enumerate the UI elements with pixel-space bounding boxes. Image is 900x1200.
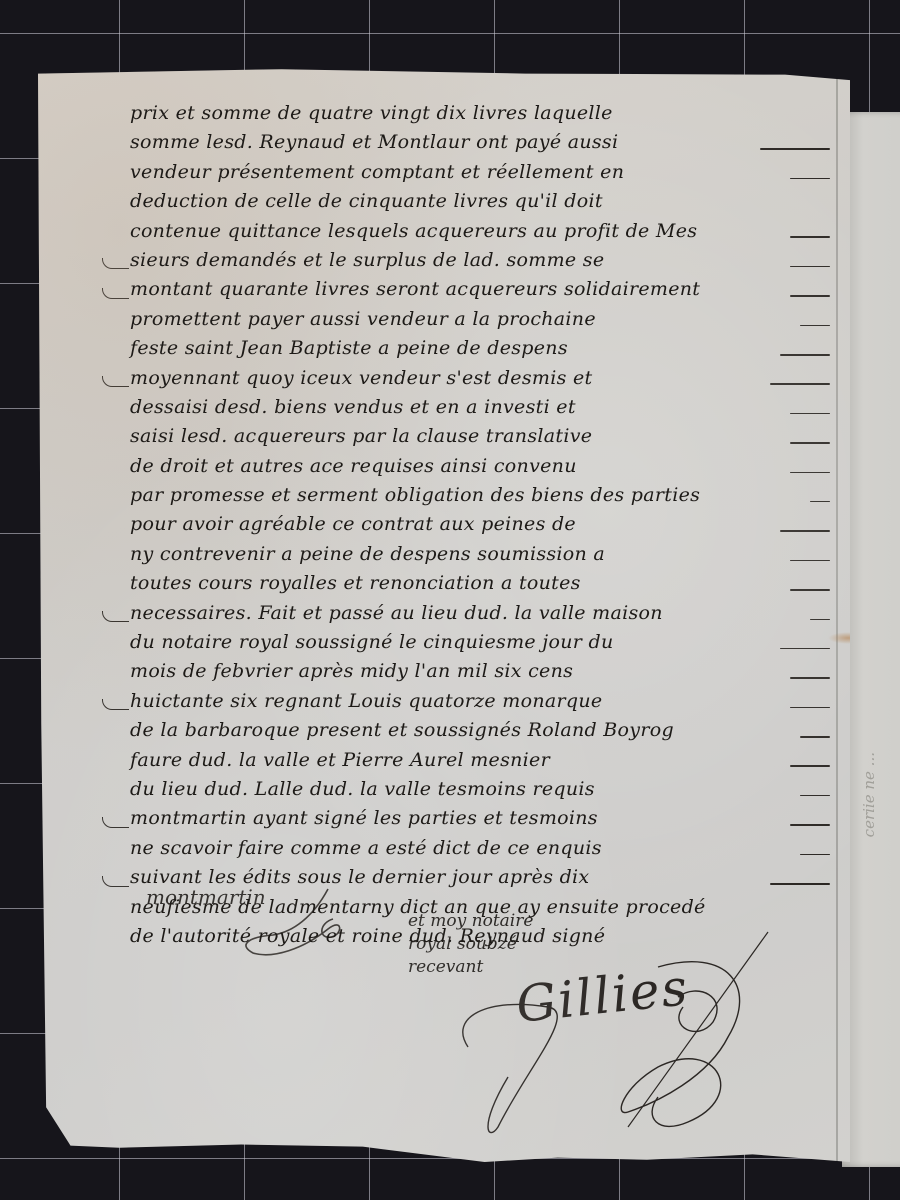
line-filler-stroke — [780, 648, 830, 650]
line-filler-stroke — [800, 736, 830, 738]
line-lead-stroke — [102, 817, 129, 828]
manuscript-line-text: de l'autorité royale et roine dud. Reyna… — [130, 925, 605, 947]
manuscript-line-text: moyennant quoy iceux vendeur s'est desmi… — [130, 367, 592, 389]
manuscript-line: deduction de celle de cinquante livres q… — [130, 187, 830, 216]
line-filler-stroke — [800, 854, 830, 856]
manuscript-line-text: deduction de celle de cinquante livres q… — [130, 190, 603, 212]
line-lead-stroke — [102, 376, 129, 387]
manuscript-line-text: faure dud. la valle et Pierre Aurel mesn… — [130, 749, 550, 771]
manuscript-line: mois de febvrier après midy l'an mil six… — [130, 657, 830, 686]
line-filler-stroke — [790, 236, 830, 238]
manuscript-line: huictante six regnant Louis quatorze mon… — [130, 687, 830, 716]
manuscript-line-text: saisi lesd. acquereurs par la clause tra… — [130, 425, 592, 447]
manuscript-line: par promesse et serment obligation des b… — [130, 481, 830, 510]
line-filler-stroke — [810, 501, 830, 503]
line-filler-stroke — [790, 178, 830, 180]
manuscript-line-text: sieurs demandés et le surplus de lad. so… — [130, 249, 604, 271]
manuscript-line-text: montmartin ayant signé les parties et te… — [130, 807, 598, 829]
manuscript-line-text: ny contrevenir a peine de despens soumis… — [130, 543, 605, 565]
manuscript-line: toutes cours royalles et renonciation a … — [130, 569, 830, 598]
manuscript-line: necessaires. Fait et passé au lieu dud. … — [130, 599, 830, 628]
line-filler-stroke — [800, 795, 830, 797]
line-lead-stroke — [102, 288, 129, 299]
manuscript-line-text: par promesse et serment obligation des b… — [130, 484, 700, 506]
manuscript-line: pour avoir agréable ce contrat aux peine… — [130, 510, 830, 539]
manuscript-line: somme lesd. Reynaud et Montlaur ont payé… — [130, 128, 830, 157]
manuscript-line-text: promettent payer aussi vendeur a la proc… — [130, 308, 596, 330]
line-filler-stroke — [780, 530, 830, 532]
line-filler-stroke — [790, 295, 830, 297]
line-lead-stroke — [102, 258, 129, 269]
manuscript-line-text: montant quarante livres seront acquereur… — [130, 278, 700, 300]
manuscript-line-text: somme lesd. Reynaud et Montlaur ont payé… — [130, 131, 618, 153]
line-filler-stroke — [790, 589, 830, 591]
manuscript-line: ny contrevenir a peine de despens soumis… — [130, 540, 830, 569]
adjacent-page-sheet: ceriie ne ... — [842, 112, 900, 1167]
manuscript-line-text: feste saint Jean Baptiste a peine de des… — [130, 337, 568, 359]
manuscript-line-text: de la barbaroque present et soussignés R… — [130, 719, 674, 741]
manuscript-line-text: du notaire royal soussigné le cinquiesme… — [130, 631, 613, 653]
line-filler-stroke — [780, 354, 830, 356]
line-lead-stroke — [102, 876, 129, 887]
line-filler-stroke — [790, 677, 830, 679]
page-fold-crease — [836, 67, 838, 1162]
line-filler-stroke — [770, 383, 830, 385]
manuscript-line-text: huictante six regnant Louis quatorze mon… — [130, 690, 602, 712]
manuscript-line: saisi lesd. acquereurs par la clause tra… — [130, 422, 830, 451]
manuscript-line-text: vendeur présentement comptant et réellem… — [130, 161, 624, 183]
manuscript-line-text: prix et somme de quatre vingt dix livres… — [130, 102, 613, 124]
manuscript-line-text: mois de febvrier après midy l'an mil six… — [130, 660, 573, 682]
manuscript-line-text: suivant les édits sous le dernier jour a… — [130, 866, 589, 888]
manuscript-line-text: du lieu dud. Lalle dud. la valle tesmoin… — [130, 778, 595, 800]
signature-flourish-icon — [428, 927, 808, 1137]
manuscript-line: faure dud. la valle et Pierre Aurel mesn… — [130, 746, 830, 775]
manuscript-line: montmartin ayant signé les parties et te… — [130, 804, 830, 833]
line-filler-stroke — [810, 619, 830, 621]
line-lead-stroke — [102, 699, 129, 710]
manuscript-line: du notaire royal soussigné le cinquiesme… — [130, 628, 830, 657]
manuscript-line: montant quarante livres seront acquereur… — [130, 275, 830, 304]
manuscript-line: de droit et autres ace requises ainsi co… — [130, 452, 830, 481]
manuscript-line: prix et somme de quatre vingt dix livres… — [130, 99, 830, 128]
line-filler-stroke — [790, 442, 830, 444]
manuscript-line: feste saint Jean Baptiste a peine de des… — [130, 334, 830, 363]
line-filler-stroke — [790, 824, 830, 826]
manuscript-body: prix et somme de quatre vingt dix livres… — [130, 99, 830, 951]
manuscript-line-text: necessaires. Fait et passé au lieu dud. … — [130, 602, 663, 624]
manuscript-line: contenue quittance lesquels acquereurs a… — [130, 217, 830, 246]
manuscript-line: ne scavoir faire comme a esté dict de ce… — [130, 834, 830, 863]
manuscript-line-text: dessaisi desd. biens vendus et en a inve… — [130, 396, 576, 418]
manuscript-line: sieurs demandés et le surplus de lad. so… — [130, 246, 830, 275]
bleed-through-text: ceriie ne ... — [860, 752, 878, 837]
line-filler-stroke — [790, 765, 830, 767]
manuscript-line-text: toutes cours royalles et renonciation a … — [130, 572, 581, 594]
line-filler-stroke — [790, 707, 830, 709]
line-filler-stroke — [790, 266, 830, 268]
line-filler-stroke — [790, 472, 830, 474]
manuscript-line: neufiesme de ladmentarny dict an que ay … — [130, 893, 830, 922]
manuscript-line-text: ne scavoir faire comme a esté dict de ce… — [130, 837, 602, 859]
manuscript-line: dessaisi desd. biens vendus et en a inve… — [130, 393, 830, 422]
manuscript-line: du lieu dud. Lalle dud. la valle tesmoin… — [130, 775, 830, 804]
manuscript-line: promettent payer aussi vendeur a la proc… — [130, 305, 830, 334]
manuscript-line-text: contenue quittance lesquels acquereurs a… — [130, 220, 697, 242]
manuscript-page: prix et somme de quatre vingt dix livres… — [38, 67, 850, 1162]
line-filler-stroke — [790, 560, 830, 562]
line-filler-stroke — [800, 325, 830, 327]
manuscript-line-text: pour avoir agréable ce contrat aux peine… — [130, 513, 576, 535]
manuscript-line: vendeur présentement comptant et réellem… — [130, 158, 830, 187]
line-filler-stroke — [770, 883, 830, 885]
line-filler-stroke — [790, 413, 830, 415]
manuscript-line-text: de droit et autres ace requises ainsi co… — [130, 455, 577, 477]
manuscript-line: de la barbaroque present et soussignés R… — [130, 716, 830, 745]
line-filler-stroke — [760, 148, 830, 150]
manuscript-line-text: neufiesme de ladmentarny dict an que ay … — [130, 896, 706, 918]
manuscript-line: moyennant quoy iceux vendeur s'est desmi… — [130, 364, 830, 393]
line-lead-stroke — [102, 611, 129, 622]
